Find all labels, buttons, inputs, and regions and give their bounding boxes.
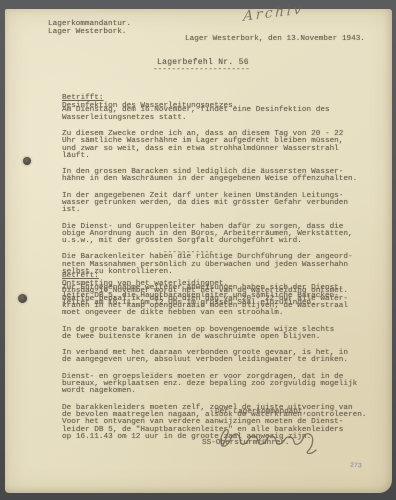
german-paragraph: In den grossen Baracken sind lediglich d… <box>62 169 362 184</box>
dutch-paragraph: In de groote barakken moeten op bovengen… <box>62 327 372 342</box>
closing-line: Der Lagerkommandant, <box>215 409 307 416</box>
title-underline: --------------------- <box>153 67 250 74</box>
dutch-paragraph: Dinsdag 16 November wordt het net van de… <box>62 288 372 317</box>
scanned-document-page: { "document": { "archive_note": "Archiv"… <box>0 0 396 500</box>
dutch-paragraph: In verband met het daaraan verbonden gro… <box>62 350 372 365</box>
letterhead-line2: Lager Westerbork. <box>48 29 126 36</box>
section-divider: ----------- <box>163 250 214 257</box>
archive-number-stamp: 273 <box>350 462 362 470</box>
german-paragraph: In der angegebenen Zeit darf unter keine… <box>62 193 362 215</box>
handwritten-archive-note: Archiv <box>243 1 304 25</box>
signatory-rank: SS-Obersturmführer. <box>202 440 290 447</box>
document-paper: Archiv Lagerkommandantur. Lager Westerbo… <box>5 9 392 493</box>
hole-punch-bottom <box>18 294 27 303</box>
german-paragraph: Am Dienstag, dem 16.November, findet ein… <box>62 107 362 122</box>
german-paragraph: Die Dienst- und Gruppenleiter haben dafü… <box>62 224 362 246</box>
dateline: Lager Westerbork, den 13.November 1943. <box>185 36 365 43</box>
german-paragraph: Zu diesem Zwecke ordne ich an, dass an d… <box>62 131 362 160</box>
hole-punch-top <box>23 157 31 165</box>
dutch-paragraph: Dienst- en groepsleiders moeten er voor … <box>62 374 372 396</box>
